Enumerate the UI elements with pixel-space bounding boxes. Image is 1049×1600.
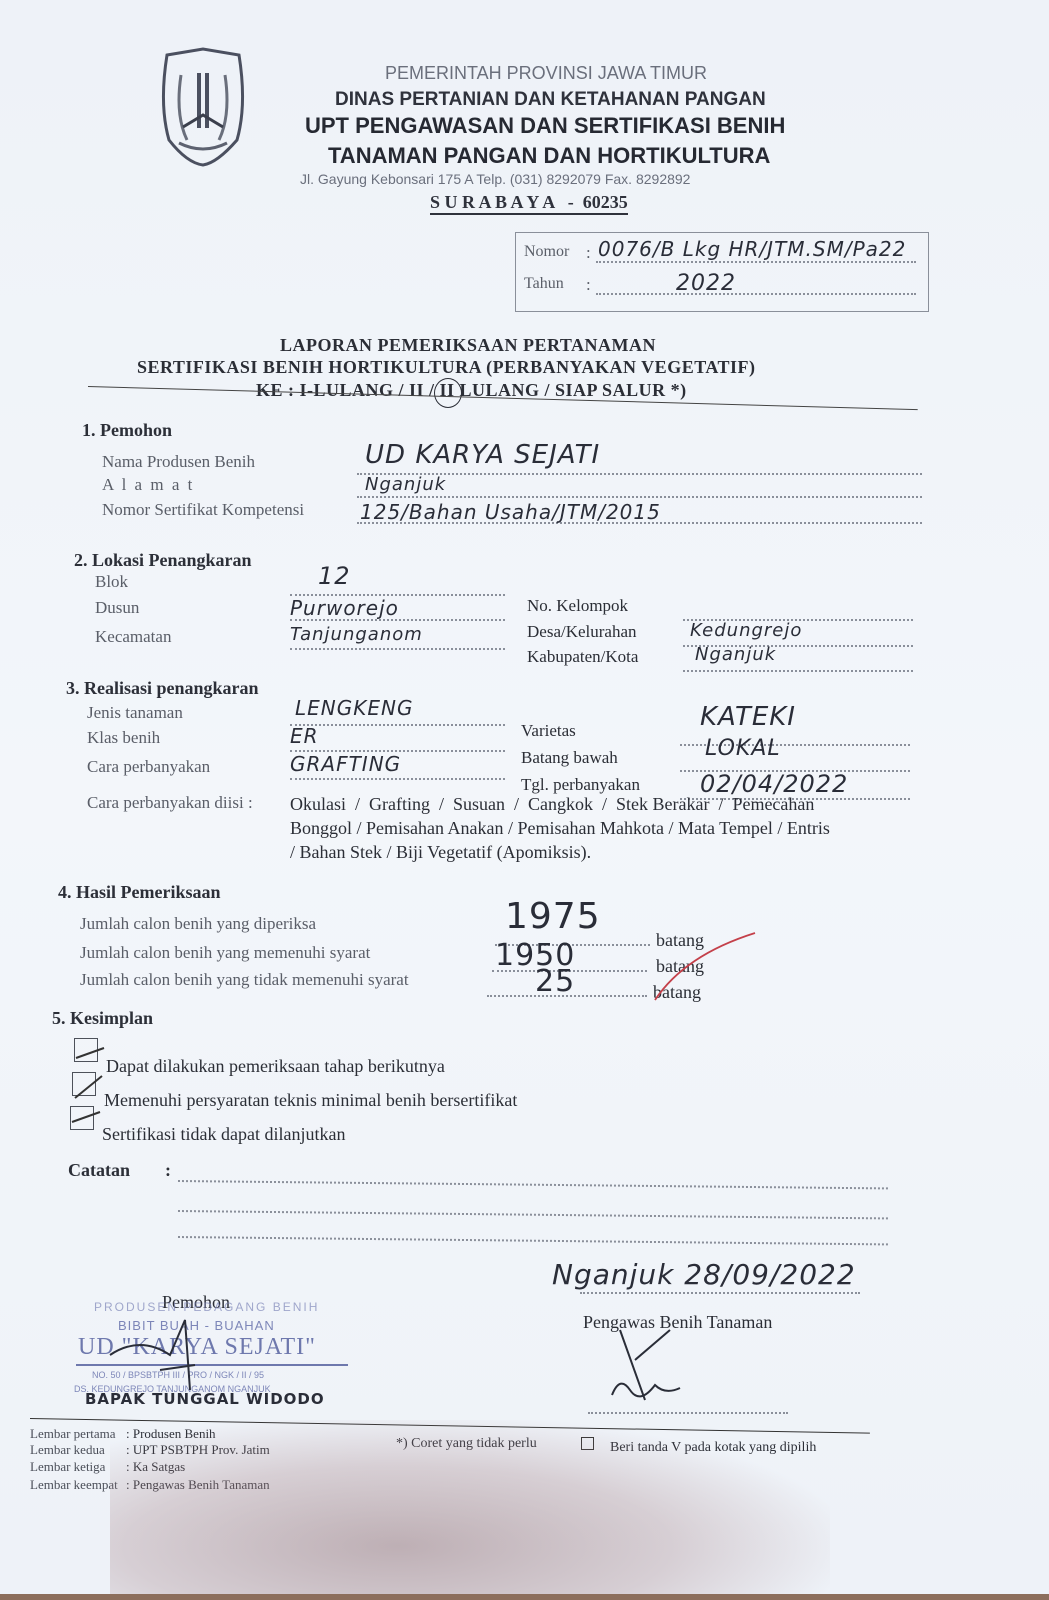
value-kabupaten: Nganjuk xyxy=(695,644,776,665)
count-label-pass: Jumlah calon benih yang memenuhi syarat xyxy=(80,943,370,963)
option-label-cannot-continue: Sertifikasi tidak dapat dilanjutkan xyxy=(102,1124,345,1145)
field-label-dusun: Dusun xyxy=(95,598,139,618)
field-label-tgl: Tgl. perbanyakan xyxy=(521,775,640,795)
option-label-next-stage: Dapat dilakukan pemeriksaan tahap beriku… xyxy=(106,1056,445,1077)
applicant-name: BAPAK TUNGGAL WIDODO xyxy=(85,1390,325,1408)
copy-value-3: : Ka Satgas xyxy=(126,1459,185,1475)
note-check: Beri tanda V pada kotak yang dipilih xyxy=(610,1440,816,1456)
field-label-varietas: Varietas xyxy=(521,721,576,741)
field-label-cara: Cara perbanyakan xyxy=(87,757,210,777)
check-mark-icon xyxy=(70,1106,106,1130)
report-title-line2: SERTIFIKASI BENIH HORTIKULTURA (PERBANYA… xyxy=(137,357,756,378)
check-mark-icon xyxy=(72,1072,108,1102)
copy-label-1: Lembar pertama xyxy=(30,1426,116,1442)
field-label-kelompok: No. Kelompok xyxy=(527,596,628,616)
notes-colon: : xyxy=(165,1160,171,1181)
section4-heading: 4. Hasil Pemeriksaan xyxy=(58,882,221,903)
note-checkbox-icon xyxy=(581,1437,594,1450)
applicant-signature xyxy=(100,1310,220,1400)
tahun-label: Tahun xyxy=(524,275,564,293)
notes-field-line3[interactable] xyxy=(178,1236,888,1245)
tahun-value: 2022 xyxy=(676,271,736,296)
nomor-field[interactable] xyxy=(596,261,916,263)
notes-label: Catatan xyxy=(68,1160,130,1181)
report-title-line3: KE : I-LULANG / II / II LULANG / SIAP SA… xyxy=(256,380,687,401)
copy-label-2: Lembar kedua xyxy=(30,1442,105,1458)
value-competence-cert: 125/Bahan Usaha/JTM/2015 xyxy=(360,500,661,524)
value-cara: GRAFTING xyxy=(290,752,401,776)
count-label-checked: Jumlah calon benih yang diperiksa xyxy=(80,914,316,934)
nomor-label: Nomor xyxy=(524,243,569,261)
field-label-kecamatan: Kecamatan xyxy=(95,627,171,647)
field-kabupaten[interactable] xyxy=(683,670,913,672)
field-label-batang-bawah: Batang bawah xyxy=(521,748,618,768)
option-label-meets-requirements: Memenuhi persyaratan teknis minimal beni… xyxy=(104,1090,517,1111)
note-strike: *) Coret yang tidak perlu xyxy=(396,1436,537,1452)
notes-field-line2[interactable] xyxy=(178,1210,888,1219)
field-label-klas: Klas benih xyxy=(87,728,160,748)
value-address: Nganjuk xyxy=(365,474,446,495)
reference-box: Nomor : 0076/B Lkg HR/JTM.SM/Pa22 Tahun … xyxy=(515,232,929,312)
value-blok: 12 xyxy=(318,562,351,590)
value-desa: Kedungrejo xyxy=(690,620,802,641)
section2-heading: 2. Lokasi Penangkaran xyxy=(74,550,252,571)
value-batang-bawah: LOKAL xyxy=(705,736,781,761)
options-line1: Okulasi / Grafting / Susuan / Cangkok / … xyxy=(290,794,814,815)
notes-field-line1[interactable] xyxy=(178,1180,888,1189)
place-date-value: Nganjuk 28/09/2022 xyxy=(552,1258,856,1291)
field-label-blok: Blok xyxy=(95,572,128,592)
options-line2: Bonggol / Pemisahan Anakan / Pemisahan M… xyxy=(290,818,830,839)
check-mark-icon xyxy=(74,1040,110,1064)
nomor-value: 0076/B Lkg HR/JTM.SM/Pa22 xyxy=(598,237,906,261)
field-address[interactable] xyxy=(357,496,922,498)
letterhead-line4: TANAMAN PANGAN DAN HORTIKULTURA xyxy=(328,143,770,169)
letterhead-line1: PEMERINTAH PROVINSI JAWA TIMUR xyxy=(385,63,707,84)
tahun-field[interactable] xyxy=(596,293,916,295)
value-jenis: LENGKENG xyxy=(295,696,413,720)
field-label-competence-cert: Nomor Sertifikat Kompetensi xyxy=(102,500,304,520)
title-circle-ii xyxy=(434,378,462,408)
section5-heading: 5. Kesimplan xyxy=(52,1008,153,1029)
table-edge xyxy=(0,1594,1049,1600)
options-line3: / Bahan Stek / Biji Vegetatif (Apomiksis… xyxy=(290,842,591,863)
copy-value-4: : Pengawas Benih Tanaman xyxy=(126,1477,270,1493)
section3-heading: 3. Realisasi penangkaran xyxy=(66,678,259,699)
value-kecamatan: Tanjunganom xyxy=(290,624,423,645)
red-check-mark xyxy=(645,925,765,1005)
value-klas: ER xyxy=(290,724,319,748)
copy-label-4: Lembar keempat xyxy=(30,1477,118,1493)
report-title-line1: LAPORAN PEMERIKSAAN PERTANAMAN xyxy=(280,335,656,356)
field-label-producer: Nama Produsen Benih xyxy=(102,452,255,472)
field-jenis[interactable] xyxy=(290,724,505,726)
letterhead-city: S U R A B A Y A - 60235 xyxy=(430,192,628,215)
count-value-checked: 1975 xyxy=(505,896,601,937)
count-label-fail: Jumlah calon benih yang tidak memenuhi s… xyxy=(80,970,409,990)
provincial-emblem-logo xyxy=(157,45,249,167)
options-label: Cara perbanyakan diisi : xyxy=(87,793,253,813)
field-kecamatan[interactable] xyxy=(290,648,505,650)
field-label-kabupaten: Kabupaten/Kota xyxy=(527,647,638,667)
value-varietas: KATEKI xyxy=(700,702,796,732)
letterhead-line3: UPT PENGAWASAN DAN SERTIFIKASI BENIH xyxy=(305,113,785,139)
letterhead-address: Jl. Gayung Kebonsari 175 A Telp. (031) 8… xyxy=(300,171,690,187)
field-label-jenis: Jenis tanaman xyxy=(87,703,183,723)
copy-value-2: : UPT PSBTPH Prov. Jatim xyxy=(126,1442,270,1458)
tahun-colon: : xyxy=(586,275,591,295)
count-value-fail: 25 xyxy=(535,964,575,999)
inspector-signature xyxy=(600,1320,720,1410)
field-label-address: A l a m a t xyxy=(102,475,194,495)
field-cara[interactable] xyxy=(290,778,505,780)
value-dusun: Purworejo xyxy=(290,596,399,620)
copy-value-1: : Produsen Benih xyxy=(126,1426,216,1442)
inspector-signature-line[interactable] xyxy=(588,1412,788,1414)
letterhead-line2: DINAS PERTANIAN DAN KETAHANAN PANGAN xyxy=(335,89,766,111)
place-date-field[interactable] xyxy=(580,1292,860,1294)
section1-heading: 1. Pemohon xyxy=(82,420,172,441)
nomor-colon: : xyxy=(586,243,591,263)
field-label-desa: Desa/Kelurahan xyxy=(527,622,637,642)
copy-label-3: Lembar ketiga xyxy=(30,1459,105,1475)
value-producer: UD KARYA SEJATI xyxy=(365,440,600,470)
